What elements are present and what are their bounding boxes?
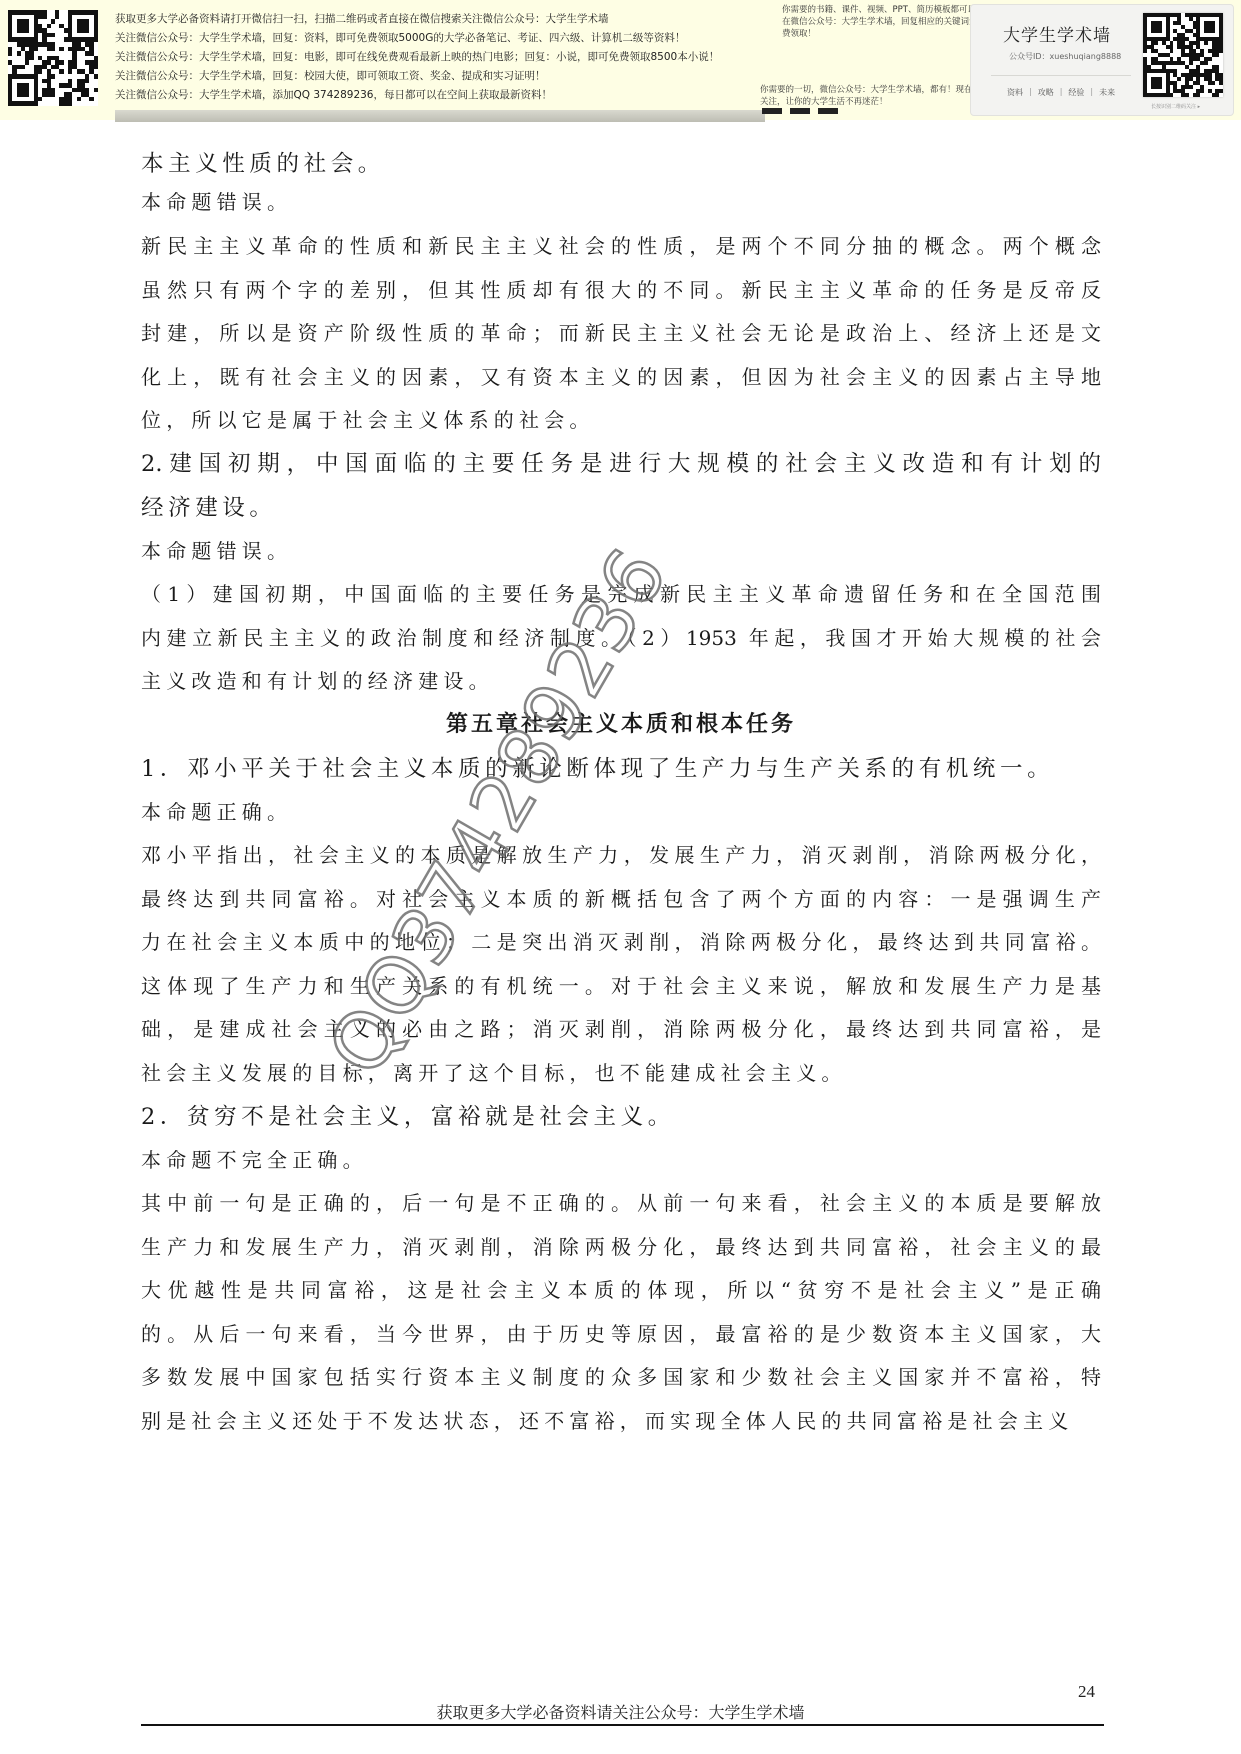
- card-divider: [991, 75, 1131, 76]
- text-line: 本命题错误。: [141, 186, 292, 215]
- account-link-materials[interactable]: 资料: [1007, 87, 1023, 98]
- text-line: 这体现了生产力和生产关系的有机统一。对于社会主义来说，解放和发展生产力是基: [141, 970, 1101, 999]
- text-line: 化上，既有社会主义的因素，又有资本主义的因素，但因为社会主义的因素占主导地: [141, 361, 1101, 390]
- question-line: 1．邓小平关于社会主义本质的新论断体现了生产力与生产关系的有机统一。: [141, 751, 1054, 783]
- page-number: 24: [1078, 1682, 1095, 1702]
- text-line: 邓小平指出，社会主义的本质是解放生产力，发展生产力，消灭剥削，消除两极分化，: [141, 839, 1101, 868]
- account-link-guides[interactable]: 攻略: [1038, 87, 1054, 98]
- separator: |: [1060, 87, 1063, 98]
- qr-caption: 长按识别二维码关注 ▸: [1151, 103, 1200, 110]
- promo-banner: 获取更多大学必备资料请打开微信扫一扫，扫描二维码或者直接在微信搜索关注微信公众号…: [0, 0, 1241, 120]
- banner-line: 关注微信公众号：大学生学术墙，回复：资料，即可免费领取5000G的大学必备笔记、…: [115, 29, 775, 48]
- footer-rule: [141, 1724, 1104, 1726]
- watermark-text: QQ374289236: [312, 533, 686, 1090]
- text-line: 虽然只有两个字的差别，但其性质却有很大的不同。新民主主义革命的任务是反帝反: [141, 274, 1101, 303]
- text-line: 社会主义发展的目标，离开了这个目标，也不能建成社会主义。: [141, 1057, 847, 1086]
- text-line: 力在社会主义本质中的地位；二是突出消灭剥削，消除两极分化，最终达到共同富裕。: [141, 926, 1101, 955]
- question-line: 经济建设。: [141, 490, 277, 522]
- text-line: 别是社会主义还处于不发达状态，还不富裕，而实现全体人民的共同富裕是社会主义: [141, 1405, 1073, 1434]
- banner-bottom-strip: [115, 110, 765, 122]
- banner-tab-marks: [762, 106, 862, 116]
- text-line: 多数发展中国家包括实行资本主义制度的众多国家和少数社会主义国家并不富裕，特: [141, 1361, 1101, 1390]
- banner-line: 获取更多大学必备资料请打开微信扫一扫，扫描二维码或者直接在微信搜索关注微信公众号…: [115, 10, 775, 29]
- account-link-future[interactable]: 未来: [1099, 87, 1115, 98]
- banner-text-block: 获取更多大学必备资料请打开微信扫一扫，扫描二维码或者直接在微信搜索关注微信公众号…: [115, 10, 775, 105]
- footer-text: 获取更多大学必备资料请关注公众号：大学生学术墙: [0, 1700, 1241, 1723]
- chapter-heading: 第五章社会主义本质和根本任务: [141, 707, 1101, 738]
- text-line: 的。从后一句来看，当今世界，由于历史等原因，最富裕的是少数资本主义国家，大: [141, 1318, 1101, 1347]
- text-line: 本命题正确。: [141, 796, 292, 825]
- separator: |: [1029, 87, 1032, 98]
- text-line: 最终达到共同富裕。对社会主义本质的新概括包含了两个方面的内容：一是强调生产: [141, 883, 1101, 912]
- account-card: 大学生学术墙 公众号ID：xueshuqiang8888 资料 | 攻略 | 经…: [970, 4, 1234, 116]
- banner-side-note-bottom: 你需要的一切，微信公众号：大学生学术墙，都有！现在关注，让你的大学生活不再迷茫！: [760, 84, 980, 108]
- account-id: 公众号ID：xueshuqiang8888: [1009, 51, 1121, 62]
- separator: |: [1090, 87, 1093, 98]
- text-line: 新民主主义革命的性质和新民主主义社会的性质，是两个不同分抽的概念。两个概念: [141, 230, 1101, 259]
- text-line: 础，是建成社会主义的必由之路；消灭剥削，消除两极分化，最终达到共同富裕，是: [141, 1013, 1101, 1042]
- text-line: 封建，所以是资产阶级性质的革命；而新民主主义社会无论是政治上、经济上还是文: [141, 317, 1101, 346]
- account-link-experience[interactable]: 经验: [1068, 87, 1084, 98]
- banner-line: 关注微信公众号：大学生学术墙，回复：电影，即可在线免费观看最新上映的热门电影；回…: [115, 48, 775, 67]
- text-line: 本命题不完全正确。: [141, 1144, 368, 1173]
- text-line: （1）建国初期，中国面临的主要任务是完成新民主主义革命遗留任务和在全国范围: [141, 578, 1101, 607]
- banner-line: 关注微信公众号：大学生学术墙，回复：校园大使，即可领取工资、奖金、提成和实习证明…: [115, 67, 775, 86]
- text-line: 生产力和发展生产力，消灭剥削，消除两极分化，最终达到共同富裕，社会主义的最: [141, 1231, 1101, 1260]
- account-links: 资料 | 攻略 | 经验 | 未来: [1007, 87, 1115, 98]
- text-line: 内建立新民主主义的政治制度和经济制度。（2）1953 年起，我国才开始大规模的社…: [141, 622, 1101, 651]
- account-title: 大学生学术墙: [1003, 21, 1111, 46]
- text-line: 其中前一句是正确的，后一句是不正确的。从前一句来看，社会主义的本质是要解放: [141, 1187, 1101, 1216]
- text-line: 主义改造和有计划的经济建设。: [141, 665, 494, 694]
- question-line: 2.建国初期，中国面临的主要任务是进行大规模的社会主义改造和有计划的: [141, 446, 1101, 478]
- question-line: 2．贫穷不是社会主义，富裕就是社会主义。: [141, 1099, 675, 1131]
- qr-code-right: [1143, 13, 1223, 97]
- question-line: 本主义性质的社会。: [141, 146, 385, 178]
- qr-code-left: [8, 10, 98, 106]
- text-line: 本命题错误。: [141, 535, 292, 564]
- text-line: 位，所以它是属于社会主义体系的社会。: [141, 404, 595, 433]
- banner-line: 关注微信公众号：大学生学术墙，添加QQ 374289236，每日都可以在空间上获…: [115, 86, 775, 105]
- text-line: 大优越性是共同富裕，这是社会主义本质的体现，所以“贫穷不是社会主义”是正确: [141, 1274, 1101, 1303]
- banner-side-note-top: 你需要的书籍、课件、视频、PPT、简历模板都可以在微信公众号：大学生学术墙，回复…: [782, 4, 982, 40]
